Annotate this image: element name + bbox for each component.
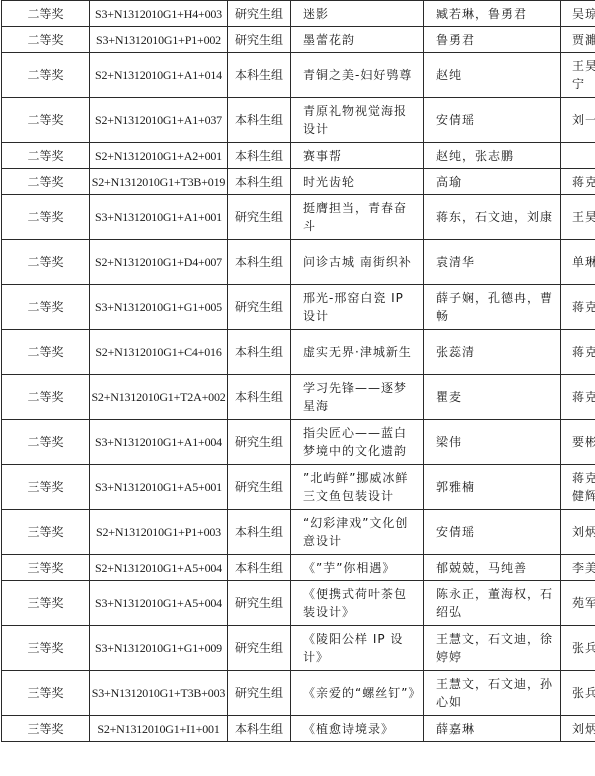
authors-cell: 陈永正，董海权，石绍弘 [424,581,561,626]
group-cell: 本科生组 [228,143,291,169]
entry-code-cell: S3+N1312010G1+H4+003 [90,1,228,27]
work-title-cell: 赛事帮 [291,143,424,169]
work-title-cell: 时光齿轮 [291,169,424,195]
work-title-cell: 《亲爱的“螺丝钉”》 [291,671,424,716]
advisor-cell: 蒋克岩 [561,169,595,195]
work-title-cell: 挺膺担当，青春奋斗 [291,195,424,240]
award-level-cell: 二等奖 [2,330,90,375]
table-row: 二等奖 S3+N1312010G1+A1+001 研究生组 挺膺担当，青春奋斗 … [2,195,595,240]
award-level-cell: 二等奖 [2,195,90,240]
entry-code-cell: S3+N1312010G1+A5+004 [90,581,228,626]
group-cell: 本科生组 [228,510,291,555]
entry-code-cell: S2+N1312010G1+T3B+019 [90,169,228,195]
authors-cell: 薛嘉琳 [424,716,561,742]
authors-cell: 蒋东，石文迪，刘康 [424,195,561,240]
work-title-cell: 墨蕾花韵 [291,27,424,53]
advisor-cell: 贾濉 [561,27,595,53]
advisor-cell: 张兵 [561,671,595,716]
work-title-cell: 《陵阳公样 IP 设计》 [291,626,424,671]
advisor-cell: 单琳琳 [561,240,595,285]
authors-cell: 安倩瑶 [424,510,561,555]
work-title-cell: 青原礼物视觉海报设计 [291,98,424,143]
table-row: 二等奖 S3+N1312010G1+H4+003 研究生组 迷影 臧若琳，鲁勇君… [2,1,595,27]
table-row: 二等奖 S2+N1312010G1+A1+037 本科生组 青原礼物视觉海报设计… [2,98,595,143]
group-cell: 研究生组 [228,671,291,716]
authors-cell: 赵纯，张志鹏 [424,143,561,169]
table-row: 二等奖 S3+N1312010G1+G1+005 研究生组 邢光-邢窑白瓷 IP… [2,285,595,330]
award-level-cell: 三等奖 [2,555,90,581]
advisor-cell: 张兵 [561,626,595,671]
table-row: 二等奖 S2+N1312010G1+T3B+019 本科生组 时光齿轮 高瑜 蒋… [2,169,595,195]
group-cell: 研究生组 [228,465,291,510]
work-title-cell: “幻彩津戏”文化创意设计 [291,510,424,555]
entry-code-cell: S2+N1312010G1+T2A+002 [90,375,228,420]
group-cell: 本科生组 [228,555,291,581]
advisor-cell: 刘一品 [561,98,595,143]
work-title-cell: 迷影 [291,1,424,27]
advisor-cell: 蒋克岩 [561,375,595,420]
award-level-cell: 二等奖 [2,240,90,285]
table-row: 二等奖 S2+N1312010G1+A2+001 本科生组 赛事帮 赵纯，张志鹏 [2,143,595,169]
entry-code-cell: S2+N1312010G1+D4+007 [90,240,228,285]
entry-code-cell: S2+N1312010G1+I1+001 [90,716,228,742]
entry-code-cell: S2+N1312010G1+C4+016 [90,330,228,375]
advisor-cell: 李美霞 [561,555,595,581]
award-level-cell: 二等奖 [2,143,90,169]
group-cell: 研究生组 [228,285,291,330]
table-row: 三等奖 S3+N1312010G1+A5+004 研究生组 《便携式荷叶茶包装设… [2,581,595,626]
entry-code-cell: S2+N1312010G1+A2+001 [90,143,228,169]
table-row: 二等奖 S3+N1312010G1+P1+002 研究生组 墨蕾花韵 鲁勇君 贾… [2,27,595,53]
authors-cell: 郁兢兢，马纯善 [424,555,561,581]
authors-cell: 袁清华 [424,240,561,285]
entry-code-cell: S2+N1312010G1+A5+004 [90,555,228,581]
table-row: 三等奖 S3+N1312010G1+T3B+003 研究生组 《亲爱的“螺丝钉”… [2,671,595,716]
award-level-cell: 三等奖 [2,581,90,626]
advisor-cell: 刘炳麟 [561,716,595,742]
authors-cell: 赵纯 [424,53,561,98]
group-cell: 研究生组 [228,420,291,465]
award-level-cell: 二等奖 [2,285,90,330]
group-cell: 本科生组 [228,53,291,98]
table-row: 二等奖 S3+N1312010G1+A1+004 研究生组 指尖匠心——蓝白梦境… [2,420,595,465]
group-cell: 研究生组 [228,1,291,27]
award-level-cell: 二等奖 [2,53,90,98]
entry-code-cell: S3+N1312010G1+G1+005 [90,285,228,330]
group-cell: 研究生组 [228,195,291,240]
award-level-cell: 三等奖 [2,465,90,510]
advisor-cell: 要彬 [561,420,595,465]
advisor-cell: 刘炳麟 [561,510,595,555]
table-row: 二等奖 S2+N1312010G1+C4+016 本科生组 虚实无界·津城新生 … [2,330,595,375]
work-title-cell: 邢光-邢窑白瓷 IP 设计 [291,285,424,330]
entry-code-cell: S2+N1312010G1+A1+037 [90,98,228,143]
group-cell: 研究生组 [228,581,291,626]
authors-cell: 张蕊清 [424,330,561,375]
work-title-cell: 青铜之美-妇好鸮尊 [291,53,424,98]
work-title-cell: 问诊古城 南街织补 [291,240,424,285]
group-cell: 本科生组 [228,169,291,195]
work-title-cell: 虚实无界·津城新生 [291,330,424,375]
advisor-cell [561,143,595,169]
award-level-cell: 二等奖 [2,375,90,420]
group-cell: 本科生组 [228,98,291,143]
award-level-cell: 二等奖 [2,169,90,195]
advisor-cell: 王昊 [561,195,595,240]
table-row: 三等奖 S2+N1312010G1+P1+003 本科生组 “幻彩津戏”文化创意… [2,510,595,555]
authors-cell: 瞿麦 [424,375,561,420]
group-cell: 本科生组 [228,716,291,742]
authors-cell: 鲁勇君 [424,27,561,53]
table-row: 二等奖 S2+N1312010G1+D4+007 本科生组 问诊古城 南街织补 … [2,240,595,285]
award-level-cell: 二等奖 [2,27,90,53]
advisor-cell: 蒋克岩 [561,330,595,375]
table-row: 三等奖 S3+N1312010G1+G1+009 研究生组 《陵阳公样 IP 设… [2,626,595,671]
advisor-cell: 吴琼 [561,1,595,27]
group-cell: 本科生组 [228,375,291,420]
authors-cell: 薛子娴，孔德冉，曹畅 [424,285,561,330]
award-level-cell: 三等奖 [2,510,90,555]
group-cell: 本科生组 [228,330,291,375]
advisor-cell: 蒋克岩 [561,285,595,330]
entry-code-cell: S3+N1312010G1+A1+001 [90,195,228,240]
table-row: 三等奖 S2+N1312010G1+I1+001 本科生组 《植愈诗境录》 薛嘉… [2,716,595,742]
authors-cell: 王慧文，石文迪，孙心如 [424,671,561,716]
entry-code-cell: S2+N1312010G1+P1+003 [90,510,228,555]
entry-code-cell: S3+N1312010G1+T3B+003 [90,671,228,716]
table-row: 三等奖 S2+N1312010G1+A5+004 本科生组 《”芋”你相遇》 郁… [2,555,595,581]
work-title-cell: 学习先锋——逐梦星海 [291,375,424,420]
table-row: 三等奖 S3+N1312010G1+A5+001 研究生组 ”北屿鲜”挪威冰鲜三… [2,465,595,510]
awards-table: 二等奖 S3+N1312010G1+H4+003 研究生组 迷影 臧若琳，鲁勇君… [1,0,595,742]
advisor-cell: 苑军 [561,581,595,626]
group-cell: 本科生组 [228,240,291,285]
work-title-cell: 《植愈诗境录》 [291,716,424,742]
award-level-cell: 三等奖 [2,626,90,671]
authors-cell: 安倩瑶 [424,98,561,143]
award-level-cell: 三等奖 [2,671,90,716]
entry-code-cell: S2+N1312010G1+A1+014 [90,53,228,98]
work-title-cell: 《”芋”你相遇》 [291,555,424,581]
entry-code-cell: S3+N1312010G1+P1+002 [90,27,228,53]
work-title-cell: ”北屿鲜”挪威冰鲜三文鱼包装设计 [291,465,424,510]
entry-code-cell: S3+N1312010G1+G1+009 [90,626,228,671]
authors-cell: 郭雅楠 [424,465,561,510]
advisor-cell: 蒋克岩，赵健辉 [561,465,595,510]
table-row: 二等奖 S2+N1312010G1+A1+014 本科生组 青铜之美-妇好鸮尊 … [2,53,595,98]
award-level-cell: 二等奖 [2,1,90,27]
authors-cell: 高瑜 [424,169,561,195]
authors-cell: 臧若琳，鲁勇君 [424,1,561,27]
group-cell: 研究生组 [228,27,291,53]
table-row: 二等奖 S2+N1312010G1+T2A+002 本科生组 学习先锋——逐梦星… [2,375,595,420]
awards-table-body: 二等奖 S3+N1312010G1+H4+003 研究生组 迷影 臧若琳，鲁勇君… [2,1,595,742]
entry-code-cell: S3+N1312010G1+A1+004 [90,420,228,465]
group-cell: 研究生组 [228,626,291,671]
work-title-cell: 《便携式荷叶茶包装设计》 [291,581,424,626]
entry-code-cell: S3+N1312010G1+A5+001 [90,465,228,510]
award-level-cell: 二等奖 [2,420,90,465]
award-level-cell: 三等奖 [2,716,90,742]
work-title-cell: 指尖匠心——蓝白梦境中的文化遗韵 [291,420,424,465]
authors-cell: 梁伟 [424,420,561,465]
award-level-cell: 二等奖 [2,98,90,143]
authors-cell: 王慧文，石文迪，徐婷婷 [424,626,561,671]
advisor-cell: 王昊，袁家宁 [561,53,595,98]
